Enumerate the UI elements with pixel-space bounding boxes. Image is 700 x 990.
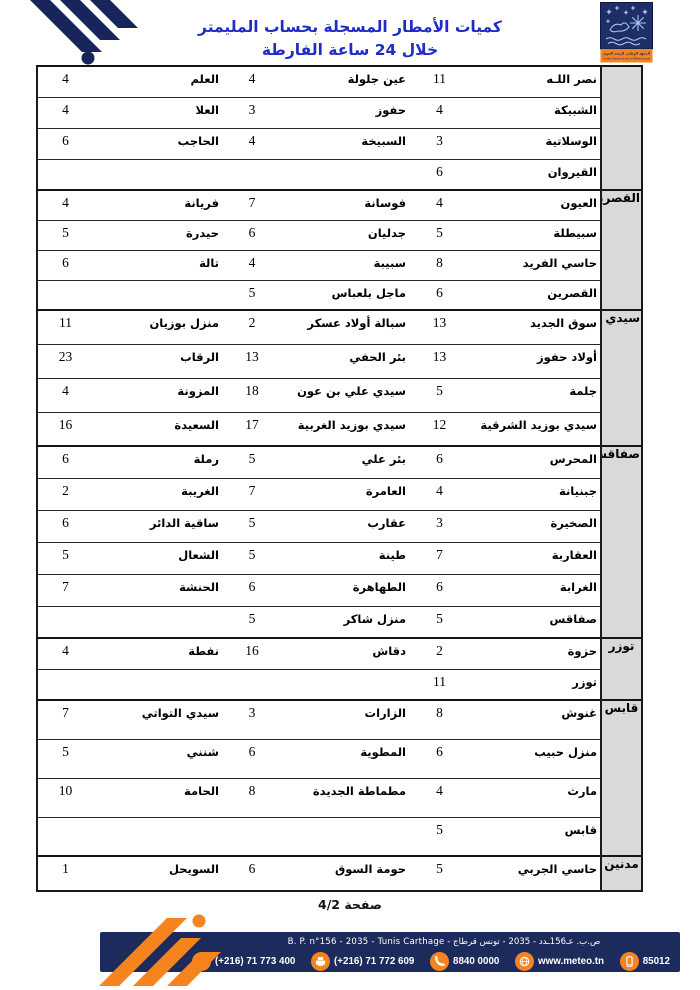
station-cell: العقاربة [462, 542, 601, 574]
station-cell [93, 817, 232, 856]
value-cell: 6 [37, 510, 93, 542]
table-row: الوسلاتية3السبيخة4الحاجب6 [37, 128, 642, 159]
value-cell: 6 [232, 220, 272, 250]
station-cell: تالة [93, 250, 232, 280]
station-cell: صفاقس [462, 606, 601, 638]
station-cell: الطهاهرة [272, 574, 417, 606]
station-cell: الحنشة [93, 574, 232, 606]
station-cell: القصرين [462, 280, 601, 310]
value-cell: 7 [232, 190, 272, 220]
station-cell [272, 817, 417, 856]
value-cell: 3 [417, 510, 462, 542]
governorate-cell [601, 66, 642, 190]
station-cell: رملة [93, 446, 232, 478]
value-cell: 13 [232, 344, 272, 378]
station-cell: الرقاب [93, 344, 232, 378]
value-cell [232, 159, 272, 190]
station-cell: حفوز [272, 97, 417, 128]
value-cell: 2 [417, 638, 462, 669]
station-cell: مارث [462, 778, 601, 817]
station-cell: سبالة أولاد عسكر [272, 310, 417, 344]
value-cell: 5 [232, 510, 272, 542]
station-cell [93, 669, 232, 700]
value-cell: 2 [232, 310, 272, 344]
station-cell: سيدي التواتي [93, 700, 232, 739]
table-row: سيدي بوزيد الشرقية12سيدي بوزيد الغربية17… [37, 412, 642, 446]
station-cell: جبنيانة [462, 478, 601, 510]
inm-caption-ar: المعهد الوطني للرصد الجوي [603, 52, 650, 56]
station-cell: نفطة [93, 638, 232, 669]
table-row: جلمة5سيدي علي بن عون18المزونة4 [37, 378, 642, 412]
value-cell: 6 [417, 280, 462, 310]
station-cell: ساقية الدائر [93, 510, 232, 542]
table-row: الغرابة6الطهاهرة6الحنشة7 [37, 574, 642, 606]
table-row: نصر اللـه11عين جلولة4العلم4 [37, 66, 642, 97]
value-cell: 4 [417, 478, 462, 510]
governorate-cell: صفاقس [601, 446, 642, 638]
footer-contact-website: www.meteo.tn [515, 952, 604, 971]
governorate-cell: توزر [601, 638, 642, 700]
station-cell: فريانة [93, 190, 232, 220]
value-cell: 3 [232, 700, 272, 739]
table-row: جبنيانة4العامرة7الغريبة2 [37, 478, 642, 510]
table-row: توزر11 [37, 669, 642, 700]
table-row: أولاد حفوز13بئر الحفي13الرقاب23 [37, 344, 642, 378]
handset-icon [430, 952, 449, 971]
table-row: الشبيكة4حفوز3العلا4 [37, 97, 642, 128]
value-cell [232, 817, 272, 856]
value-cell: 16 [232, 638, 272, 669]
value-cell: 6 [37, 446, 93, 478]
value-cell: 13 [417, 344, 462, 378]
value-cell: 7 [232, 478, 272, 510]
station-cell: المزونة [93, 378, 232, 412]
station-cell: حومة السوق [272, 856, 417, 891]
table-row: قابسغنوش8الزارات3سيدي التواتي7 [37, 700, 642, 739]
station-cell: سبيطلة [462, 220, 601, 250]
station-cell: عين جلولة [272, 66, 417, 97]
value-cell: 5 [417, 220, 462, 250]
station-cell: الصخيرة [462, 510, 601, 542]
station-cell: منزل شاكر [272, 606, 417, 638]
value-cell: 4 [417, 778, 462, 817]
table-row: منزل حبيب6المطوية6شنني5 [37, 739, 642, 778]
station-cell: سوق الجديد [462, 310, 601, 344]
fax-icon [311, 952, 330, 971]
value-cell: 6 [232, 856, 272, 891]
value-cell [37, 669, 93, 700]
value-cell: 4 [37, 638, 93, 669]
value-cell: 6 [37, 250, 93, 280]
value-cell: 1 [37, 856, 93, 891]
value-cell: 6 [232, 574, 272, 606]
station-cell: سيدي علي بن عون [272, 378, 417, 412]
governorate-cell: سيدي بوزيد [601, 310, 642, 446]
value-cell: 5 [37, 542, 93, 574]
value-cell: 13 [417, 310, 462, 344]
station-cell: المطوية [272, 739, 417, 778]
table-row: مدنينحاسي الجربي5حومة السوق6السويحل1 [37, 856, 642, 891]
station-cell: عقارب [272, 510, 417, 542]
footer-contact-sms: 85012 [620, 952, 670, 971]
station-cell: حاسي الجربي [462, 856, 601, 891]
value-cell: 5 [232, 280, 272, 310]
station-cell: شنني [93, 739, 232, 778]
value-cell: 4 [232, 250, 272, 280]
table-row: حاسي الفريد8سبيبة4تالة6 [37, 250, 642, 280]
station-cell: سيدي بوزيد الشرقية [462, 412, 601, 446]
governorate-cell: مدنين [601, 856, 642, 891]
value-cell: 5 [417, 856, 462, 891]
station-cell: الوسلاتية [462, 128, 601, 159]
station-cell: جدليان [272, 220, 417, 250]
value-cell: 5 [232, 542, 272, 574]
value-cell: 6 [37, 128, 93, 159]
value-cell: 23 [37, 344, 93, 378]
value-cell: 5 [37, 220, 93, 250]
station-cell [93, 159, 232, 190]
value-cell [37, 280, 93, 310]
value-cell: 17 [232, 412, 272, 446]
station-cell [93, 280, 232, 310]
value-cell [37, 606, 93, 638]
station-cell: دقاش [272, 638, 417, 669]
station-cell: الزارات [272, 700, 417, 739]
station-cell: ماجل بلعباس [272, 280, 417, 310]
footer-contacts: (+216) 71 773 400 (+216) 71 772 609 [192, 950, 670, 972]
value-cell: 11 [37, 310, 93, 344]
station-cell: القيروان [462, 159, 601, 190]
value-cell: 16 [37, 412, 93, 446]
station-cell: فوسانة [272, 190, 417, 220]
value-cell: 5 [37, 739, 93, 778]
value-cell: 4 [417, 97, 462, 128]
title-line-1: كميات الأمطار المسجلة بحساب المليمتر [170, 16, 530, 39]
station-cell: حزوة [462, 638, 601, 669]
value-cell: 4 [37, 97, 93, 128]
value-cell: 18 [232, 378, 272, 412]
value-cell: 5 [417, 817, 462, 856]
station-cell: حاسي الفريد [462, 250, 601, 280]
governorate-cell: قابس [601, 700, 642, 856]
value-cell: 11 [417, 66, 462, 97]
value-cell [37, 817, 93, 856]
station-cell [93, 606, 232, 638]
value-cell: 7 [417, 542, 462, 574]
title-line-2: خلال 24 ساعة الفارطة [170, 39, 530, 62]
station-cell: سيدي بوزيد الغربية [272, 412, 417, 446]
station-cell: منزل حبيب [462, 739, 601, 778]
station-cell: الحاجب [93, 128, 232, 159]
station-cell: العلم [93, 66, 232, 97]
document-page: كميات الأمطار المسجلة بحساب المليمتر خلا… [0, 0, 700, 990]
value-cell: 4 [232, 128, 272, 159]
value-cell: 4 [37, 378, 93, 412]
value-cell: 3 [417, 128, 462, 159]
value-cell: 4 [417, 190, 462, 220]
station-cell: سبيبة [272, 250, 417, 280]
table-row: الصخيرة3عقارب5ساقية الدائر6 [37, 510, 642, 542]
station-cell: الشبيكة [462, 97, 601, 128]
stripes-logo [28, 0, 168, 65]
fax-number: (+216) 71 772 609 [334, 956, 414, 967]
table-row: سبيطلة5جدليان6حيدرة5 [37, 220, 642, 250]
table-row: العقاربة7طينة5الشعال5 [37, 542, 642, 574]
value-cell: 6 [417, 574, 462, 606]
website-url: www.meteo.tn [538, 956, 604, 967]
value-cell: 4 [37, 190, 93, 220]
inm-caption-fr: Institut National de la Météorologie [603, 57, 651, 61]
station-cell: الغريبة [93, 478, 232, 510]
table-row: القصرين6ماجل بلعباس5 [37, 280, 642, 310]
footer-contact-fax: (+216) 71 772 609 [311, 952, 414, 971]
station-cell: غنوش [462, 700, 601, 739]
station-cell: الشعال [93, 542, 232, 574]
station-cell: بئر علي [272, 446, 417, 478]
station-cell: مطماطة الجديدة [272, 778, 417, 817]
value-cell: 7 [37, 574, 93, 606]
station-cell: نصر اللـه [462, 66, 601, 97]
table-row: صفاقس5منزل شاكر5 [37, 606, 642, 638]
station-cell: بئر الحفي [272, 344, 417, 378]
table-row: مارث4مطماطة الجديدة8الحامة10 [37, 778, 642, 817]
value-cell: 6 [417, 739, 462, 778]
value-cell: 6 [417, 446, 462, 478]
value-cell: 3 [232, 97, 272, 128]
table-row: قابس5 [37, 817, 642, 856]
value-cell: 8 [232, 778, 272, 817]
value-cell [232, 669, 272, 700]
table-row: القيروان6 [37, 159, 642, 190]
inm-logo: المعهد الوطني للرصد الجوي Institut Natio… [600, 2, 653, 63]
page-title: كميات الأمطار المسجلة بحساب المليمتر خلا… [170, 16, 530, 63]
value-cell [37, 159, 93, 190]
callcenter-number: 8840 0000 [453, 956, 499, 967]
station-cell [272, 159, 417, 190]
value-cell: 6 [417, 159, 462, 190]
table-row: القصرينالعيون4فوسانة7فريانة4 [37, 190, 642, 220]
footer-contact-callcenter: 8840 0000 [430, 952, 499, 971]
station-cell: العيون [462, 190, 601, 220]
station-cell: الغرابة [462, 574, 601, 606]
rainfall-table: نصر اللـه11عين جلولة4العلم4الشبيكة4حفوز3… [36, 65, 643, 892]
value-cell: 6 [232, 739, 272, 778]
station-cell: منزل بوزيان [93, 310, 232, 344]
rainfall-table-body: نصر اللـه11عين جلولة4العلم4الشبيكة4حفوز3… [37, 66, 642, 891]
sms-icon [620, 952, 639, 971]
station-cell: قابس [462, 817, 601, 856]
value-cell: 5 [232, 446, 272, 478]
value-cell: 4 [232, 66, 272, 97]
station-cell: حيدرة [93, 220, 232, 250]
station-cell: السبيخة [272, 128, 417, 159]
table-row: سيدي بوزيدسوق الجديد13سبالة أولاد عسكر2م… [37, 310, 642, 344]
station-cell: المحرس [462, 446, 601, 478]
footer-stripes-logo [75, 908, 230, 988]
footer-address: ص.ب. عـ156ـدد - 2035 - تونس قرطاج - B. P… [220, 937, 668, 947]
table-row: صفاقسالمحرس6بئر علي5رملة6 [37, 446, 642, 478]
value-cell: 4 [37, 66, 93, 97]
value-cell: 5 [232, 606, 272, 638]
station-cell: السعيدة [93, 412, 232, 446]
value-cell: 10 [37, 778, 93, 817]
value-cell: 7 [37, 700, 93, 739]
value-cell: 5 [417, 378, 462, 412]
station-cell [272, 669, 417, 700]
value-cell: 11 [417, 669, 462, 700]
station-cell: العلا [93, 97, 232, 128]
governorate-cell: القصرين [601, 190, 642, 310]
value-cell: 12 [417, 412, 462, 446]
value-cell: 8 [417, 700, 462, 739]
station-cell: جلمة [462, 378, 601, 412]
station-cell: طينة [272, 542, 417, 574]
globe-icon [515, 952, 534, 971]
station-cell: توزر [462, 669, 601, 700]
station-cell: الحامة [93, 778, 232, 817]
value-cell: 2 [37, 478, 93, 510]
station-cell: أولاد حفوز [462, 344, 601, 378]
value-cell: 8 [417, 250, 462, 280]
station-cell: العامرة [272, 478, 417, 510]
station-cell: السويحل [93, 856, 232, 891]
sms-number: 85012 [643, 956, 670, 967]
value-cell: 5 [417, 606, 462, 638]
table-row: توزرحزوة2دقاش16نفطة4 [37, 638, 642, 669]
